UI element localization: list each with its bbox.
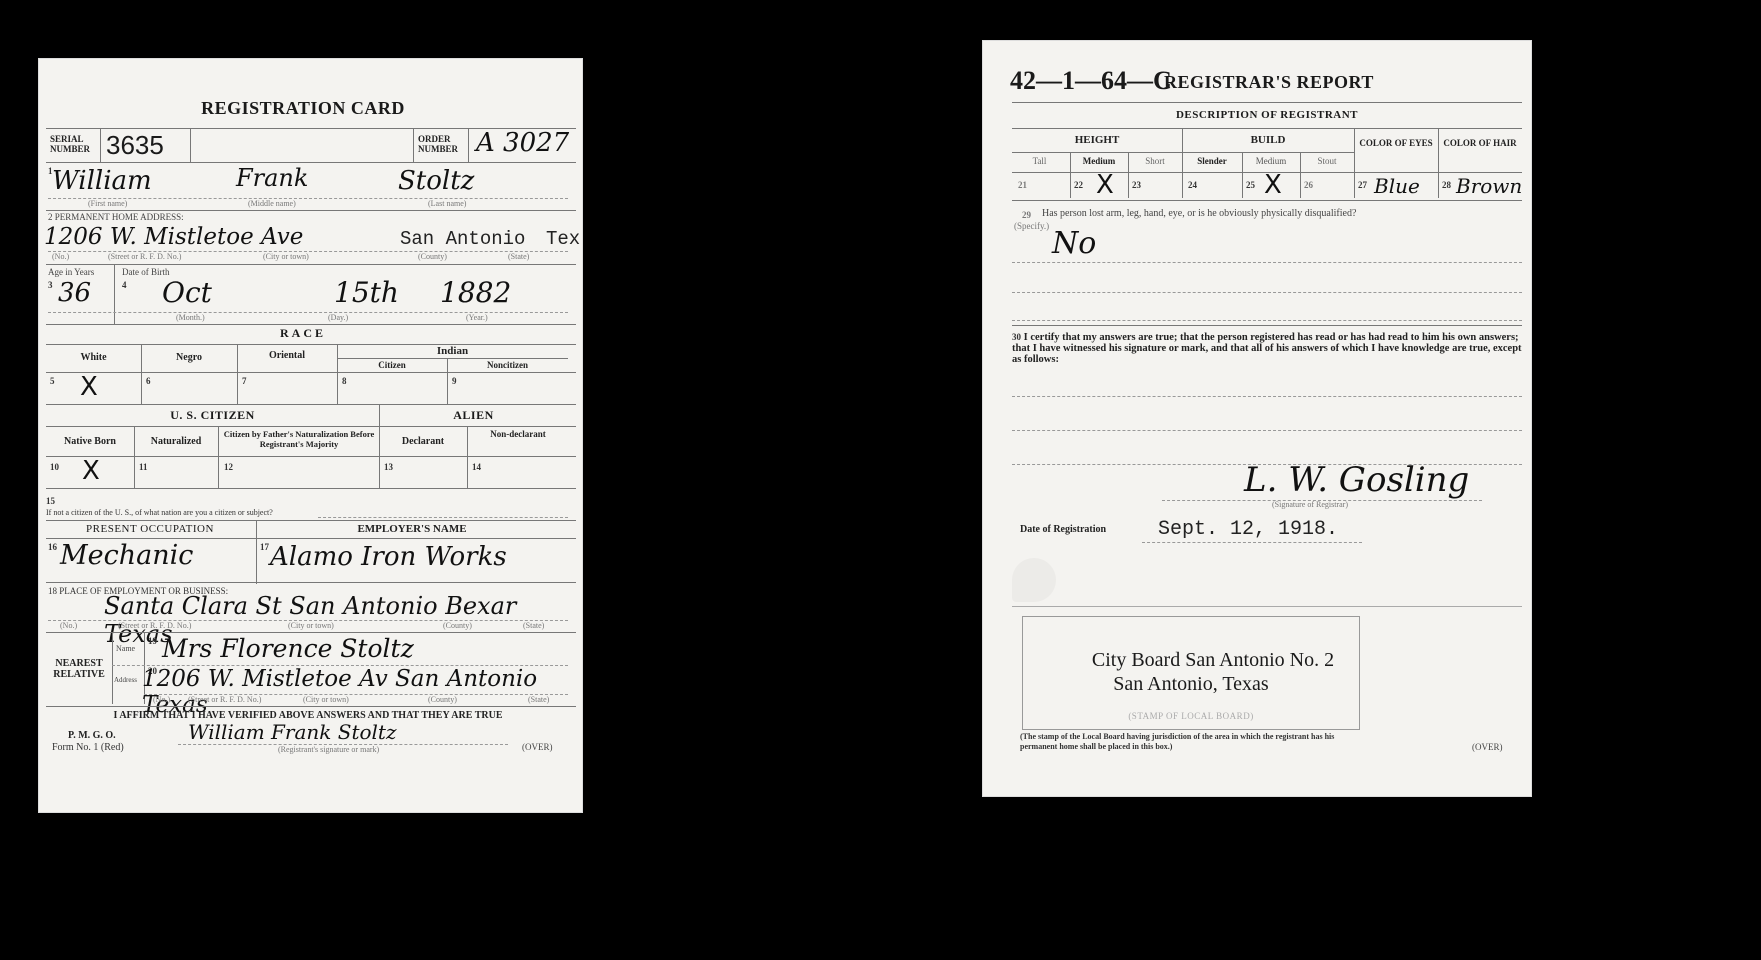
order-label: ORDER NUMBER	[418, 134, 466, 154]
registrant-signature: William Frank Stoltz	[188, 720, 397, 744]
occupation-value: Mechanic	[60, 540, 193, 571]
stamp-caption: (STAMP OF LOCAL BOARD)	[1023, 711, 1359, 721]
registrars-report-card: 42—1—64—C REGISTRAR'S REPORT DESCRIPTION…	[982, 40, 1532, 797]
build-medium-mark: X	[1264, 170, 1282, 200]
hair-color-value: Brown	[1456, 174, 1522, 198]
native-born-mark: X	[82, 456, 100, 486]
home-city: San Antonio	[400, 228, 525, 250]
indian-label: Indian	[337, 345, 568, 357]
watermark-seal	[1012, 558, 1056, 602]
relative-name: Mrs Florence Stoltz	[162, 634, 414, 663]
serial-number: 3635	[106, 130, 164, 161]
stamp-line-2: San Antonio, Texas	[1023, 673, 1359, 696]
last-name: Stoltz	[398, 166, 474, 196]
birth-month: Oct	[162, 276, 212, 309]
registration-card: REGISTRATION CARD SERIAL NUMBER 3635 ORD…	[38, 58, 583, 813]
hair-color-label: COLOR OF HAIR	[1438, 138, 1522, 149]
stamp-line-1: City Board San Antonio No. 2	[1023, 649, 1403, 672]
certification-text: 30 I certify that my answers are true; t…	[1012, 332, 1522, 365]
stamp-code: 42—1—64—C	[1010, 66, 1172, 96]
card-title: REGISTRATION CARD	[38, 98, 568, 119]
date-of-registration-label: Date of Registration	[1020, 524, 1106, 535]
alien-title: ALIEN	[379, 408, 568, 423]
age-label: Age in Years	[48, 267, 94, 277]
over-label: (OVER)	[1472, 742, 1503, 752]
nearest-relative-label: NEAREST RELATIVE	[46, 658, 112, 680]
eye-color-value: Blue	[1374, 174, 1420, 198]
disability-answer: No	[1052, 226, 1096, 261]
home-address-label: 2 PERMANENT HOME ADDRESS:	[48, 212, 184, 222]
local-board-stamp-box: City Board San Antonio No. 2 San Antonio…	[1022, 616, 1360, 730]
serial-label: SERIAL NUMBER	[50, 134, 96, 154]
height-medium-mark: X	[1096, 170, 1114, 200]
employer-value: Alamo Iron Works	[270, 542, 507, 572]
form-number: Form No. 1 (Red)	[52, 742, 124, 753]
middle-name: Frank	[236, 164, 308, 192]
description-title: DESCRIPTION OF REGISTRANT	[1012, 109, 1522, 121]
registrar-signature: L. W. Gosling	[1244, 460, 1469, 500]
employer-label: EMPLOYER'S NAME	[256, 523, 568, 535]
disability-question: Has person lost arm, leg, hand, eye, or …	[1042, 208, 1356, 219]
nation-question: If not a citizen of the U. S., of what n…	[46, 508, 273, 517]
us-citizen-title: U. S. CITIZEN	[46, 408, 379, 423]
height-title: HEIGHT	[1012, 134, 1182, 146]
date-of-registration-value: Sept. 12, 1918.	[1158, 518, 1338, 541]
home-street: 1206 W. Mistletoe Ave	[44, 224, 303, 250]
birth-day: 15th	[334, 276, 399, 309]
pmgo-label: P. M. G. O.	[68, 730, 116, 741]
report-title: REGISTRAR'S REPORT	[1164, 72, 1374, 93]
occupation-label: PRESENT OCCUPATION	[46, 523, 254, 535]
race-white-mark: X	[80, 372, 98, 402]
home-state: Tex	[546, 228, 580, 250]
race-title: RACE	[38, 326, 568, 341]
age-value: 36	[58, 278, 91, 308]
build-title: BUILD	[1182, 134, 1354, 146]
eye-color-label: COLOR OF EYES	[1354, 138, 1438, 149]
order-number: A 3027	[476, 128, 569, 158]
over-label: (OVER)	[522, 742, 553, 752]
birth-year: 1882	[440, 276, 511, 309]
stamp-footnote: (The stamp of the Local Board having jur…	[1020, 732, 1370, 752]
first-name: William	[52, 166, 152, 196]
